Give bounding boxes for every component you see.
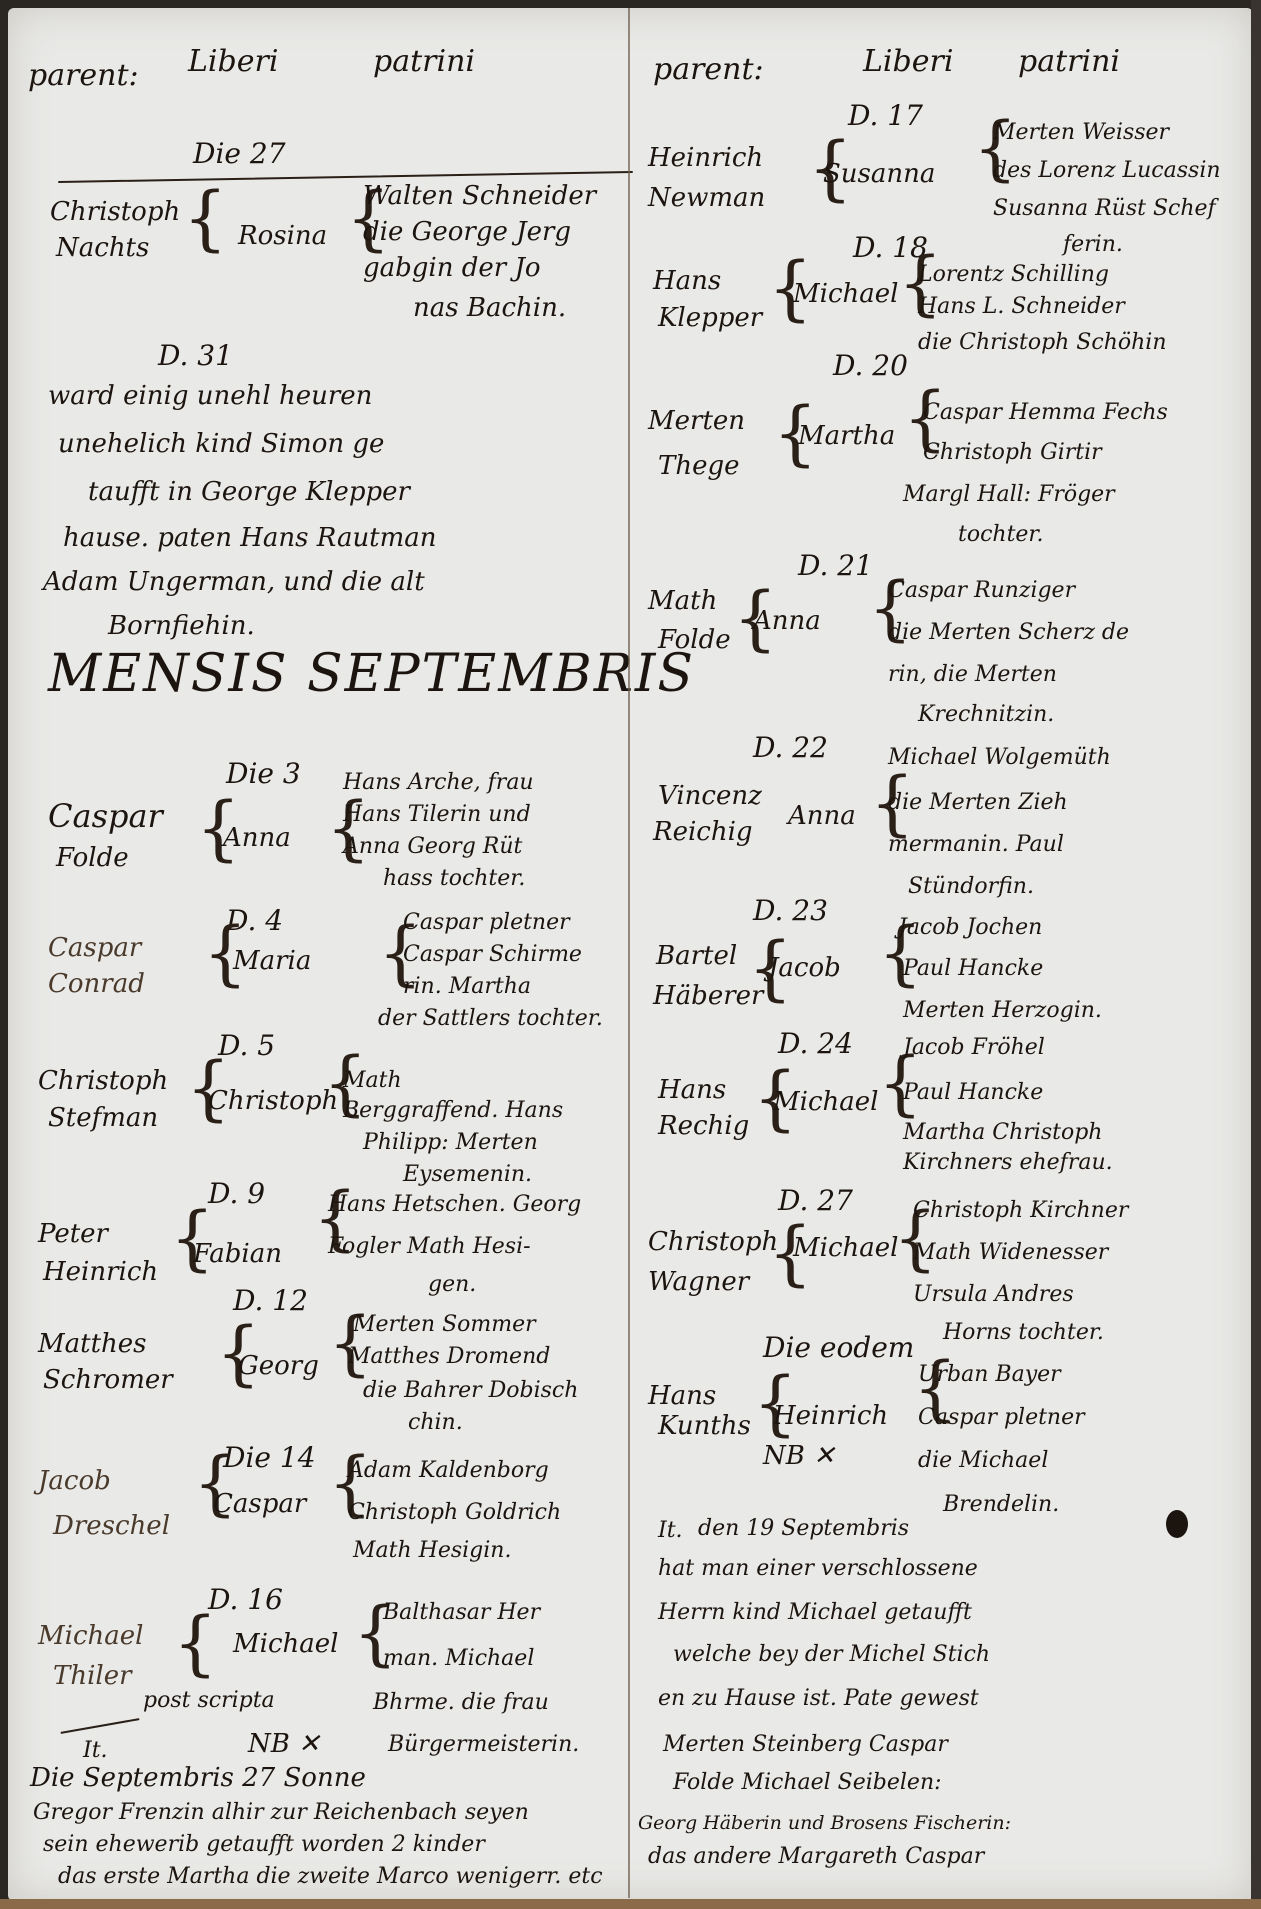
godparent-line: Fogler Math Hesi- [328, 1232, 531, 1262]
narrative-line: ward einig unehl heuren [48, 378, 372, 414]
godparent-line: Caspar Runziger [888, 576, 1075, 606]
godparent-line: nas Bachin. [413, 290, 566, 326]
godparent-line: Jacob Jochen [898, 913, 1042, 943]
narrative-line: Adam Ungerman, und die alt [43, 564, 425, 600]
footnote-line: das erste Martha die zweite Marco wenige… [58, 1862, 603, 1892]
godparent-line: Philipp: Merten [363, 1128, 538, 1158]
godparent-line: Christoph Kirchner [913, 1196, 1128, 1226]
parent-name: Caspar [48, 930, 141, 966]
godparent-line: gabgin der Jo [363, 250, 541, 286]
nota-bene-mark: NB ✕ [763, 1438, 835, 1474]
godparent-line: gen. [428, 1270, 476, 1300]
godparent-line: Math [343, 1066, 402, 1096]
child-name: Michael [233, 1626, 338, 1662]
child-name: Anna [788, 798, 856, 834]
brace: { [183, 183, 228, 253]
parent-surname: Newman [648, 180, 765, 216]
col-header-godparents-right: patrini [1018, 44, 1120, 80]
child-name: Michael [773, 1084, 878, 1120]
parent-name: Matthes [38, 1326, 147, 1362]
parent-name: Jacob [38, 1463, 111, 1499]
godparent-line: Caspar Hemma Fechs [923, 398, 1168, 428]
parent-name: Peter [38, 1216, 108, 1252]
godparent-line: man. Michael [383, 1644, 534, 1674]
godparent-line: Merten Sommer [353, 1310, 536, 1340]
narrative-line: Bornfiehin. [108, 608, 255, 644]
godparent-line: Balthasar Her [383, 1598, 540, 1628]
note-line: welche bey der Michel Stich [673, 1640, 990, 1670]
col-header-parents-right: parent: [653, 52, 764, 88]
godparent-line: Adam Kaldenborg [348, 1456, 549, 1486]
parent-surname: Thege [658, 448, 740, 484]
godparent-line: Susanna Rüst Schef [993, 194, 1216, 224]
godparent-line: des Lorenz Lucassin [993, 156, 1221, 186]
godparent-line: rin, die Merten [888, 660, 1057, 690]
parent-name: Vincenz [658, 778, 762, 814]
narrative-line: hause. paten Hans Rautman [63, 520, 437, 556]
col-header-child-left: Liberi [188, 44, 278, 80]
note-line: en zu Hause ist. Pate gewest [658, 1684, 979, 1714]
child-name: Martha [798, 418, 895, 454]
note-marker: It. [658, 1516, 683, 1546]
godparent-line: die Merten Scherz de [888, 618, 1129, 648]
godparent-line: ferin. [1063, 230, 1123, 260]
parent-name: Math [648, 583, 717, 619]
godparent-line: Krechnitzin. [918, 700, 1054, 730]
note-line: das andere Margareth Caspar [648, 1842, 984, 1872]
day-label: D. 20 [833, 348, 908, 384]
godparent-line: die Christoph Schöhin [918, 328, 1167, 358]
godparent-line: die Michael [918, 1446, 1048, 1476]
godparent-line: rin. Martha [403, 972, 531, 1002]
note-line: Herrn kind Michael getaufft [658, 1598, 972, 1628]
godparent-line: Ursula Andres [913, 1280, 1074, 1310]
ink-blot [1166, 1510, 1188, 1538]
godparent-line: Kirchners ehefrau. [903, 1148, 1113, 1178]
child-name: Heinrich [773, 1398, 888, 1434]
godparent-line: Merten Herzogin. [903, 996, 1102, 1026]
parent-surname: Häberer [653, 978, 763, 1014]
parent-surname: Rechig [658, 1108, 749, 1144]
child-name: Michael [793, 1230, 898, 1266]
day-label: Die 27 [193, 136, 286, 172]
day-label: D. 31 [158, 338, 233, 374]
parent-surname: Folde [658, 622, 731, 658]
parent-surname: Nachts [56, 230, 149, 266]
godparent-line: Berggraffend. Hans [343, 1096, 563, 1126]
nota-bene-mark: NB ✕ [248, 1726, 320, 1762]
parent-surname: Kunths [658, 1408, 751, 1444]
godparent-line: Stündorfin. [908, 872, 1034, 902]
note-line: Folde Michael Seibelen: [673, 1768, 942, 1798]
godparent-line: die George Jerg [363, 214, 571, 250]
child-name: Jacob [768, 950, 841, 986]
day-label: D. 16 [208, 1582, 283, 1618]
godparent-line: Margl Hall: Fröger [903, 480, 1115, 510]
footnote-line: Gregor Frenzin alhir zur Reichenbach sey… [33, 1798, 529, 1828]
narrative-line: taufft in George Klepper [88, 474, 410, 510]
day-label: D. 17 [848, 98, 923, 134]
child-name: Fabian [193, 1236, 282, 1272]
godparent-line: Brendelin. [943, 1490, 1059, 1520]
note-line: hat man einer verschlossene [658, 1554, 978, 1584]
parent-name: Hans [658, 1072, 726, 1108]
parent-surname: Reichig [653, 814, 753, 850]
godparent-line: Christoph Girtir [923, 438, 1102, 468]
child-name: Christoph [208, 1083, 338, 1119]
parent-name: Bartel [656, 938, 737, 974]
godparent-line: Merten Weisser [993, 118, 1169, 148]
parent-surname: Heinrich [43, 1254, 158, 1290]
page-gutter [628, 8, 630, 1898]
godparent-line: Math Widenesser [913, 1238, 1108, 1268]
godparent-line: Lorentz Schilling [918, 260, 1109, 290]
godparent-line: Walten Schneider [363, 178, 596, 214]
col-header-godparents-left: patrini [373, 44, 475, 80]
child-name: Anna [753, 603, 821, 639]
godparent-line: chin. [408, 1408, 463, 1438]
parent-name: Merten [648, 403, 745, 439]
child-name: Caspar [213, 1486, 306, 1522]
godparent-line: Eysemenin. [403, 1160, 532, 1190]
day-label: D. 23 [753, 893, 828, 929]
godparent-line: Paul Hancke [903, 954, 1043, 984]
parent-surname: Folde [56, 840, 129, 876]
register-page: parent: Liberi patrini Die 27 Christoph … [8, 8, 1253, 1901]
note-line: Merten Steinberg Caspar [663, 1730, 948, 1760]
note-line: den 19 Septembris [698, 1514, 909, 1544]
narrative-line: unehelich kind Simon ge [58, 426, 384, 462]
month-title: MENSIS SEPTEMBRIS [48, 656, 695, 692]
parent-name: Christoph [50, 194, 180, 230]
child-name: Georg [238, 1348, 319, 1384]
godparent-line: Hans L. Schneider [918, 292, 1125, 322]
godparent-line: der Sattlers tochter. [378, 1004, 603, 1034]
day-label: D. 22 [753, 730, 828, 766]
note-line: Georg Häberin und Brosens Fischerin: [638, 1808, 1011, 1838]
godparent-line: Anna Georg Rüt [343, 832, 522, 862]
parent-surname: Dreschel [53, 1508, 170, 1544]
godparent-line: Hans Hetschen. Georg [328, 1190, 581, 1220]
day-label: D. 21 [798, 548, 873, 584]
godparent-line: Jacob Fröhel [903, 1033, 1045, 1063]
godparent-line: Caspar pletner [918, 1403, 1085, 1433]
divider-line [60, 1718, 139, 1734]
parent-surname: Klepper [658, 300, 762, 336]
day-label: Die eodem [763, 1330, 914, 1366]
parent-name: Hans [653, 263, 721, 299]
godparent-line: Matthes Dromend [348, 1342, 550, 1372]
godparent-line: die Bahrer Dobisch [363, 1376, 578, 1406]
parent-surname: Schromer [43, 1362, 173, 1398]
parent-name: Heinrich [648, 140, 763, 176]
godparent-line: Bhrme. die frau [373, 1688, 549, 1718]
godparent-line: hass tochter. [383, 864, 525, 894]
child-name: Maria [233, 943, 311, 979]
godparent-line: Christoph Goldrich [348, 1498, 561, 1528]
godparent-line: mermanin. Paul [888, 830, 1064, 860]
book-edge [1251, 0, 1261, 1909]
godparent-line: Horns tochter. [943, 1318, 1104, 1348]
godparent-line: die Merten Zieh [888, 788, 1068, 818]
parent-surname: Stefman [48, 1100, 158, 1136]
godparent-line: Urban Bayer [918, 1360, 1061, 1390]
godparent-line: Paul Hancke [903, 1078, 1043, 1108]
child-name: Anna [223, 820, 291, 856]
parent-name: Christoph [648, 1224, 778, 1260]
godparent-line: tochter. [958, 520, 1044, 550]
parent-surname: Conrad [48, 966, 145, 1002]
post-scripta-label: post scripta [143, 1686, 275, 1716]
godparent-line: Hans Arche, frau [343, 768, 534, 798]
godparent-line: Math Hesigin. [353, 1536, 511, 1566]
godparent-line: Caspar Schirme [403, 940, 582, 970]
godparent-line: Bürgermeisterin. [388, 1730, 579, 1760]
parent-surname: Thiler [53, 1658, 132, 1694]
col-header-parents-left: parent: [28, 58, 139, 94]
godparent-line: Caspar pletner [403, 908, 570, 938]
parent-surname: Wagner [648, 1264, 749, 1300]
godparent-line: Michael Wolgemüth [888, 743, 1111, 773]
brace: { [173, 1608, 218, 1678]
godparent-line: Hans Tilerin und [343, 800, 531, 830]
child-name: Michael [793, 276, 898, 312]
child-name: Rosina [238, 218, 327, 254]
footnote-line: Die Septembris 27 Sonne [30, 1760, 366, 1796]
godparent-line: Martha Christoph [903, 1118, 1102, 1148]
col-header-child-right: Liberi [863, 44, 953, 80]
parent-name: Caspar [48, 798, 163, 834]
child-name: Susanna [823, 156, 935, 192]
parent-name: Christoph [38, 1063, 168, 1099]
parent-name: Michael [38, 1618, 143, 1654]
book-edge [0, 1899, 1261, 1909]
day-label: D. 9 [208, 1176, 265, 1212]
footnote-line: sein ehewerib getaufft worden 2 kinder [43, 1830, 485, 1860]
